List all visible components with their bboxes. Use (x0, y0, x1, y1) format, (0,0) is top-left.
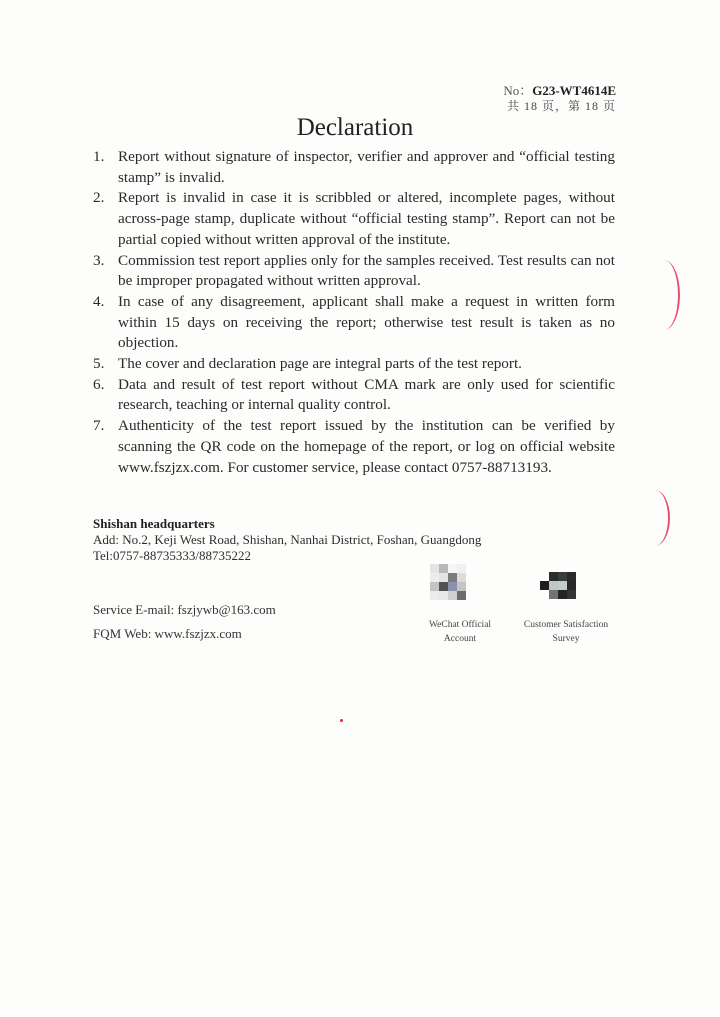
report-number-value: G23-WT4614E (532, 83, 616, 98)
declaration-list: 1.Report without signature of inspector,… (93, 147, 615, 478)
seam-stamp-mark (648, 260, 680, 330)
ink-dot (340, 719, 343, 722)
headquarters-heading: Shishan headquarters (93, 516, 481, 532)
page-info: 共 18 页，第 18 页 (507, 97, 616, 114)
item-number: 1. (93, 147, 104, 168)
survey-qr-caption: Customer Satisfaction Survey (510, 618, 622, 646)
caption-line: Customer Satisfaction (510, 618, 622, 632)
caption-line: Account (410, 632, 510, 646)
declaration-item: 4.In case of any disagreement, applicant… (93, 292, 615, 354)
declaration-item: 7.Authenticity of the test report issued… (93, 416, 615, 478)
declaration-item: 5.The cover and declaration page are int… (93, 354, 615, 375)
declaration-item: 1.Report without signature of inspector,… (93, 147, 615, 188)
item-text: The cover and declaration page are integ… (118, 355, 522, 372)
caption-line: WeChat Official (410, 618, 510, 632)
item-number: 5. (93, 354, 104, 375)
declaration-item: 3.Commission test report applies only fo… (93, 251, 615, 292)
service-email: Service E-mail: fszjywb@163.com (93, 602, 276, 618)
report-number-label: No： (503, 83, 532, 98)
item-number: 6. (93, 375, 104, 396)
seam-stamp-mark (640, 490, 670, 546)
item-text: Report without signature of inspector, v… (118, 148, 615, 186)
caption-line: Survey (510, 632, 622, 646)
wechat-qr-caption: WeChat Official Account (410, 618, 510, 646)
contact-block: Shishan headquarters Add: No.2, Keji Wes… (93, 516, 481, 564)
item-text: Authenticity of the test report issued b… (118, 417, 615, 475)
item-text: Data and result of test report without C… (118, 376, 615, 414)
wechat-qr-code-icon (430, 564, 466, 600)
declaration-item: 6.Data and result of test report without… (93, 375, 615, 416)
item-number: 4. (93, 292, 104, 313)
item-number: 7. (93, 416, 104, 437)
item-text: Report is invalid in case it is scribble… (118, 189, 615, 247)
item-number: 3. (93, 251, 104, 272)
declaration-item: 2.Report is invalid in case it is scribb… (93, 188, 615, 250)
address: Add: No.2, Keji West Road, Shishan, Nanh… (93, 532, 481, 548)
item-text: Commission test report applies only for … (118, 252, 615, 290)
page-title: Declaration (0, 114, 710, 142)
item-number: 2. (93, 188, 104, 209)
telephone: Tel:0757-88735333/88735222 (93, 548, 481, 564)
survey-qr-code-icon (540, 572, 576, 599)
item-text: In case of any disagreement, applicant s… (118, 293, 615, 351)
website: FQM Web: www.fszjzx.com (93, 626, 242, 642)
